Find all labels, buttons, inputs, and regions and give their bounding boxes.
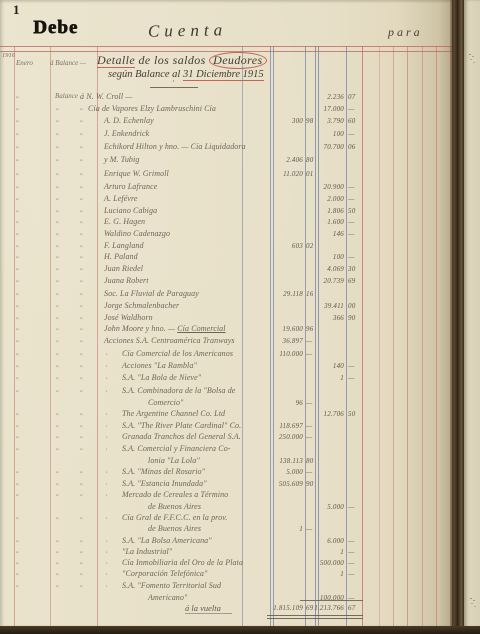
amount-col1-cents: 01 [306, 170, 316, 178]
ref-ditto-mark: „ [80, 156, 83, 162]
date-ditto-mark: „ [16, 445, 19, 451]
date-ditto-mark: „ [16, 468, 19, 474]
ledger-row: „„„Juana Robert20.73969 [0, 276, 452, 288]
horizontal-rule [0, 51, 452, 52]
entry-name: S.A. "La Bola de Nieve" [122, 373, 201, 382]
entry-name: Acciones S.A. Centroamérica Tranways [104, 336, 235, 345]
ledger-row: „„„,S.A. Combinadora de la "Bolsa de [0, 386, 452, 398]
entry-name: F. Langland [104, 241, 144, 250]
ref-ditto-mark: „ [80, 242, 83, 248]
entry-name: Granada Tranchos del General S.A. [122, 432, 241, 441]
next-page-sliver [464, 0, 480, 627]
ref-ditto-mark: „ [80, 290, 83, 296]
ref-ditto-mark: „ [80, 105, 83, 111]
horizontal-rule [0, 46, 452, 47]
entry-name: Juan Riedel [104, 264, 143, 273]
ref-ditto-mark: „ [56, 156, 59, 162]
amount-col2: 2.236 [292, 93, 344, 101]
amount-col1-cents: — [306, 433, 316, 441]
ref-ditto-mark: „ [56, 143, 59, 149]
date-ditto-mark: „ [16, 265, 19, 271]
ref-ditto-mark: „ [56, 582, 59, 588]
amount-col2: 20.900 [292, 183, 344, 191]
ref-ditto-mark: „ [56, 325, 59, 331]
amount-col2: 6.000 [292, 537, 344, 545]
date-ditto-mark: „ [16, 105, 19, 111]
date-ditto-mark: „ [16, 362, 19, 368]
ledger-row: „„„,Mercado de Cereales a Término [0, 490, 452, 502]
amount-col2-cents: 69 [348, 277, 361, 285]
ledger-row: „„„H. Paland100— [0, 252, 452, 264]
amount-col2: 17.000 [292, 105, 344, 113]
entry-name: S.A. "Estancia Inundada" [122, 479, 207, 488]
sub-item-mark: , [106, 362, 108, 368]
sub-item-mark: , [106, 491, 108, 497]
ledger-row: „„„,S.A. Comercial y Financiera Co- [0, 444, 452, 456]
amount-col1: 138.113 [246, 457, 303, 465]
photo-bottom-edge [0, 626, 480, 634]
margin-month: Enero [16, 59, 33, 67]
amount-col2-cents: 50 [348, 410, 361, 418]
amount-col2: 1.806 [292, 207, 344, 215]
next-page-ink-speck [469, 54, 471, 55]
amount-col2-cents: — [348, 253, 361, 261]
date-ditto-mark: „ [16, 325, 19, 331]
ref-ditto-mark: „ [56, 218, 59, 224]
amount-col1-cents: 16 [306, 290, 316, 298]
ledger-row: „„„A. Lefévre2.000— [0, 194, 452, 206]
amount-col2: 1.600 [292, 218, 344, 226]
entry-name: á N. W. Croll — [80, 92, 132, 101]
next-page-ink-speck [470, 598, 472, 599]
amount-col1: 118.697 [246, 422, 303, 430]
title-date: 31 Diciembre 1915 [183, 69, 264, 81]
entry-name: Soc. La Fluvial de Paraguay [104, 289, 199, 298]
ref-ditto-mark: „ [80, 265, 83, 271]
ledger-row: „„„y M. Tubig2.40680 [0, 155, 452, 167]
ref-ditto-mark: „ [56, 548, 59, 554]
date-ditto-mark: „ [16, 350, 19, 356]
folio-word: para [388, 25, 423, 40]
ref-ditto-mark: „ [80, 445, 83, 451]
ref-ditto-mark: „ [80, 195, 83, 201]
amount-col1-cents: — [306, 525, 316, 533]
amount-col1: 36.897 [246, 337, 303, 345]
ref-ditto-mark: „ [56, 230, 59, 236]
amount-col2: 366 [292, 314, 344, 322]
date-ditto-mark: „ [16, 207, 19, 213]
entry-name: S.A. "Fomento Territorial Sud [122, 581, 221, 590]
amount-col2-cents: — [348, 537, 361, 545]
ref-ditto-mark: „ [80, 218, 83, 224]
ref-ditto-mark: „ [80, 582, 83, 588]
entry-name: S.A. "La Bolsa Americana" [122, 536, 212, 545]
date-ditto-mark: „ [16, 183, 19, 189]
amount-col2-cents: — [348, 218, 361, 226]
ref-ditto-mark: „ [56, 130, 59, 136]
amount-col1: 5.000 [246, 468, 303, 476]
ref-ditto-mark: „ [80, 537, 83, 543]
entry-name: Waldino Cadenazgo [104, 229, 170, 238]
amount-col1-cents: 80 [306, 457, 316, 465]
amount-col1: 110.000 [246, 350, 303, 358]
ref-ditto-mark: „ [80, 514, 83, 520]
date-ditto-mark: „ [16, 548, 19, 554]
sub-item-mark: , [106, 548, 108, 554]
sub-item-mark: , [106, 559, 108, 565]
ref-ditto-mark: „ [56, 387, 59, 393]
amount-col1-cents: — [306, 399, 316, 407]
ref-ditto-mark: „ [56, 265, 59, 271]
ref-ditto-mark: „ [80, 362, 83, 368]
ref-ditto-mark: „ [56, 314, 59, 320]
entry-name: Echikord Hilton y hno. — Cía Liquidadora [104, 142, 246, 151]
amount-col2-cents: — [348, 548, 361, 556]
entry-name: S.A. "The River Plate Cardinal" Co. [122, 421, 241, 430]
date-ditto-mark: „ [16, 290, 19, 296]
date-ditto-mark: „ [16, 242, 19, 248]
sub-item-mark: , [106, 422, 108, 428]
book-binding-gutter [450, 0, 464, 634]
amount-col1-cents: — [306, 337, 316, 345]
title-flourish [150, 84, 198, 88]
amount-col2-cents: 07 [348, 93, 361, 101]
amount-col2-cents: 50 [348, 207, 361, 215]
ledger-row: „Balanceá N. W. Croll —2.23607 [0, 92, 452, 104]
entry-name: Cía Comercial de los Americanos [122, 349, 233, 358]
entry-name: Juana Robert [104, 276, 149, 285]
ref-ditto-mark: „ [80, 374, 83, 380]
entry-name: Enrique W. Grimoll [104, 169, 169, 178]
entry-name: J. Enkendrick [104, 129, 149, 138]
ref-ditto-mark: „ [80, 207, 83, 213]
entry-name: S.A. "Minas del Rosario" [122, 467, 205, 476]
amount-col2-cents: — [348, 105, 361, 113]
entry-name: A. D. Echenlay [104, 116, 154, 125]
amount-col2: 1 [292, 570, 344, 578]
scanned-ledger-photo: 1 Debe Cuenta para 1916 Enero á Balance … [0, 0, 480, 634]
entry-name: John Moore y hno. — Cía Comercial [104, 324, 226, 333]
entry-name: E. G. Hagen [104, 217, 145, 226]
amount-col2: 70.700 [292, 143, 344, 151]
ledger-row: „„„Arturo Lafrance20.900— [0, 182, 452, 194]
ledger-row: „„„E. G. Hagen1.600— [0, 217, 452, 229]
date-ditto-mark: „ [16, 277, 19, 283]
entry-name: Luciano Cabiga [104, 206, 157, 215]
ref-ditto-mark: „ [56, 537, 59, 543]
entry-name: lonia "La Lola" [148, 456, 200, 465]
date-ditto-mark: „ [16, 387, 19, 393]
ref-ditto-mark: „ [56, 570, 59, 576]
date-ditto-mark: „ [16, 374, 19, 380]
amount-col2-cents: 60 [348, 117, 361, 125]
amount-col2-cents: — [348, 594, 361, 602]
amount-col2: 146 [292, 230, 344, 238]
ref-ditto-mark: „ [80, 302, 83, 308]
amount-col1: 29.118 [246, 290, 303, 298]
ledger-row: „„„,Cía Comercial de los Americanos110.0… [0, 349, 452, 361]
entry-name: S.A. Combinadora de la "Bolsa de [122, 386, 235, 395]
title-word-deudores: Deudores [209, 52, 266, 69]
ledger-row: „„„Juan Riedel4.06930 [0, 264, 452, 276]
ref-ditto-mark: „ [80, 480, 83, 486]
ref-ditto-mark: „ [80, 548, 83, 554]
ref-ditto-mark: „ [80, 253, 83, 259]
ref-ditto-mark: „ [56, 277, 59, 283]
amount-col2-cents: — [348, 374, 361, 382]
amount-col1: 2.406 [246, 156, 303, 164]
ref-ditto-mark: „ [80, 314, 83, 320]
sub-item-mark: , [106, 410, 108, 416]
ledger-row: „„„,S.A. "La Bola de Nieve"1— [0, 373, 452, 385]
sub-item-mark: , [106, 582, 108, 588]
ref-ditto-mark: „ [56, 105, 59, 111]
amount-col2: 140 [292, 362, 344, 370]
amount-col2-cents: 90 [348, 314, 361, 322]
ledger-row: „„„,S.A. "Minas del Rosario"5.000— [0, 467, 452, 479]
amount-col2-cents: — [348, 130, 361, 138]
amount-col2: 100 [292, 130, 344, 138]
amount-col2: 4.069 [292, 265, 344, 273]
date-ditto-mark: „ [16, 570, 19, 576]
ref-ditto-mark: „ [56, 253, 59, 259]
ref-ditto-mark: „ [56, 514, 59, 520]
ledger-row: „„„,Acciones "La Rambla"140— [0, 361, 452, 373]
date-ditto-mark: „ [16, 480, 19, 486]
sub-item-mark: , [106, 514, 108, 520]
ref-ditto-mark: „ [80, 387, 83, 393]
sub-item-mark: , [106, 570, 108, 576]
date-ditto-mark: „ [16, 93, 19, 99]
ledger-row: „„„Acciones S.A. Centroamérica Tranways3… [0, 336, 452, 348]
date-ditto-mark: „ [16, 253, 19, 259]
amount-col1-cents: 80 [306, 156, 316, 164]
amount-col2: 1 [292, 374, 344, 382]
ref-ditto-mark: „ [80, 143, 83, 149]
amount-col2: 1.213.766 [292, 604, 344, 612]
date-ditto-mark: „ [16, 156, 19, 162]
date-ditto-mark: „ [16, 218, 19, 224]
ledger-row: „„„John Moore y hno. — Cía Comercial19.6… [0, 324, 452, 336]
entry-name: "La Industrial" [122, 547, 172, 556]
totals-amounts: 1.815.109691.213.76667 [0, 603, 452, 615]
date-ditto-mark: „ [16, 422, 19, 428]
title-line1-mid: de los saldos [135, 53, 209, 67]
sub-item-mark: , [106, 374, 108, 380]
date-ditto-mark: „ [16, 514, 19, 520]
entry-name: y M. Tubig [104, 155, 139, 164]
ref-ditto-mark: „ [80, 230, 83, 236]
ledger-row: „„„Cía de Vapores Elzy Lambruschini Cía1… [0, 104, 452, 116]
entry-name: The Argentine Channel Co. Ltd [122, 409, 225, 418]
entry-name: Cía de Vapores Elzy Lambruschini Cía [88, 104, 216, 113]
ref-ditto-mark: „ [56, 433, 59, 439]
sub-item-mark: , [106, 387, 108, 393]
ref-ditto-mark: „ [80, 325, 83, 331]
date-ditto-mark: „ [16, 143, 19, 149]
entry-name: Arturo Lafrance [104, 182, 157, 191]
ref-ditto-mark: „ [56, 302, 59, 308]
date-ditto-mark: „ [16, 559, 19, 565]
entry-name: de Buenos Aires [148, 524, 201, 533]
amount-col1-cents: 02 [306, 242, 316, 250]
ledger-row: „„„A. D. Echenlay300983.79060 [0, 116, 452, 128]
amount-col2: 12.706 [292, 410, 344, 418]
ledger-row: „„„,The Argentine Channel Co. Ltd12.7065… [0, 409, 452, 421]
ref-ditto-mark: „ [80, 170, 83, 176]
debit-column-header: Debe [33, 17, 78, 39]
date-ditto-mark: „ [16, 314, 19, 320]
amount-col1-cents: — [306, 468, 316, 476]
ledger-row: „„„Enrique W. Grimoll11.02001 [0, 169, 452, 181]
amount-col2-cents: 30 [348, 265, 361, 273]
date-ditto-mark: „ [16, 582, 19, 588]
entry-name: A. Lefévre [104, 194, 138, 203]
ledger-row: „„„Echikord Hilton y hno. — Cía Liquidad… [0, 142, 452, 154]
entry-name: Comercio" [148, 398, 184, 407]
amount-col2: 500.000 [292, 559, 344, 567]
entry-name: de Buenos Aires [148, 502, 201, 511]
sub-item-mark: , [106, 480, 108, 486]
title-word-detalle: Detalle [97, 53, 135, 68]
amount-col1-cents: 96 [306, 325, 316, 333]
entry-name: Mercado de Cereales a Término [122, 490, 228, 499]
ref-ditto-mark: „ [80, 422, 83, 428]
ref-ditto-mark: „ [56, 337, 59, 343]
entry-name: Cía Gral de F.F.C.C. en la prov. [122, 513, 227, 522]
ref-ditto-mark: „ [80, 570, 83, 576]
ledger-row: de Buenos Aires1— [0, 524, 452, 536]
entry-name: "Corporación Telefónica" [122, 569, 208, 578]
entry-name-underlined: Cía Comercial [177, 324, 225, 333]
sub-item-mark: , [106, 537, 108, 543]
date-ditto-mark: „ [16, 195, 19, 201]
ref-ditto-mark: „ [80, 130, 83, 136]
ledger-row: „„„,Granada Tranchos del General S.A.250… [0, 432, 452, 444]
horizontal-rule [267, 615, 363, 616]
ref-ditto-mark: „ [56, 491, 59, 497]
ref-ditto-mark: „ [56, 422, 59, 428]
amount-col2: 20.739 [292, 277, 344, 285]
amount-col1: 96 [246, 399, 303, 407]
date-ditto-mark: „ [16, 537, 19, 543]
ledger-row: „„„,"Corporación Telefónica"1— [0, 569, 452, 581]
entry-name: Acciones "La Rambla" [122, 361, 197, 370]
ref-ditto-mark: „ [56, 290, 59, 296]
date-ditto-mark: „ [16, 491, 19, 497]
ref-ditto-mark: „ [80, 410, 83, 416]
amount-col1: 250.000 [246, 433, 303, 441]
date-ditto-mark: „ [16, 410, 19, 416]
ref-ditto-mark: „ [80, 277, 83, 283]
ledger-row: „„„,S.A. "Fomento Territorial Sud [0, 581, 452, 593]
ledger-row: „„„Jorge Schmalenbacher39.41100 [0, 301, 452, 313]
amount-col2-cents: 00 [348, 302, 361, 310]
ref-ditto-mark: „ [56, 480, 59, 486]
entry-name: H. Paland [104, 252, 138, 261]
ref-ditto-mark: „ [80, 117, 83, 123]
amount-col2-cents: — [348, 503, 361, 511]
date-ditto-mark: „ [16, 337, 19, 343]
amount-col2: 5.000 [292, 503, 344, 511]
ledger-row: „„„J. Enkendrick100— [0, 129, 452, 141]
ref-ditto-mark: „ [80, 559, 83, 565]
sub-item-mark: , [106, 445, 108, 451]
amount-col2-cents: — [348, 183, 361, 191]
entry-name: S.A. Comercial y Financiera Co- [122, 444, 231, 453]
date-ditto-mark: „ [16, 433, 19, 439]
amount-col2-cents: — [348, 195, 361, 203]
ref-ditto-mark: „ [80, 183, 83, 189]
ledger-page: 1 Debe Cuenta para 1916 Enero á Balance … [0, 0, 452, 627]
amount-col2-cents: — [348, 570, 361, 578]
date-ditto-mark: „ [16, 130, 19, 136]
amount-col2: 100 [292, 253, 344, 261]
ref-ditto-mark: „ [80, 433, 83, 439]
ref-ditto-mark: „ [56, 362, 59, 368]
amount-col1: 19.600 [246, 325, 303, 333]
sub-item-mark: , [106, 433, 108, 439]
amount-col1: 505.609 [246, 480, 303, 488]
amount-col2: 100.000 [292, 594, 344, 602]
ref-ditto-mark: „ [56, 410, 59, 416]
amount-col2-cents: 67 [348, 604, 361, 612]
ledger-row: „„„Soc. La Fluvial de Paraguay29.11816 [0, 289, 452, 301]
ref-ditto-mark: „ [80, 337, 83, 343]
amount-col2: 3.790 [292, 117, 344, 125]
amount-col2-cents: 06 [348, 143, 361, 151]
ref-ditto-mark: „ [56, 350, 59, 356]
amount-col2-cents: — [348, 230, 361, 238]
entry-name: Americano" [148, 593, 187, 602]
amount-col2: 1 [292, 548, 344, 556]
date-ditto-mark: „ [16, 117, 19, 123]
entry-title-line2: según Balance al 31 Diciembre 1915 [108, 69, 264, 80]
ledger-row: „„„Waldino Cadenazgo146— [0, 229, 452, 241]
account-title: Cuenta [148, 20, 227, 41]
page-number: 1 [13, 2, 20, 18]
sub-item-mark: , [106, 468, 108, 474]
ref-ditto-mark: „ [56, 195, 59, 201]
ref-ditto-mark: „ [80, 350, 83, 356]
amount-col1-cents: 90 [306, 480, 316, 488]
ref-ditto-mark: „ [56, 445, 59, 451]
amount-col2-cents: — [348, 362, 361, 370]
horizontal-rule [267, 618, 363, 619]
sub-item-mark: , [106, 350, 108, 356]
amount-col2: 2.000 [292, 195, 344, 203]
ref-ditto-mark: „ [80, 468, 83, 474]
date-ditto-mark: „ [16, 302, 19, 308]
posting-ref: Balance [55, 92, 78, 100]
ref-ditto-mark: „ [56, 468, 59, 474]
amount-col1: 603 [246, 242, 303, 250]
amount-col1-cents: — [306, 422, 316, 430]
date-ditto-mark: „ [16, 230, 19, 236]
ref-ditto-mark: „ [56, 559, 59, 565]
amount-col1: 11.020 [246, 170, 303, 178]
amount-col2-cents: — [348, 559, 361, 567]
amount-col1-cents: — [306, 350, 316, 358]
ref-ditto-mark: „ [56, 183, 59, 189]
ref-ditto-mark: „ [56, 374, 59, 380]
ref-ditto-mark: „ [56, 117, 59, 123]
margin-posting-ref: á Balance — [50, 59, 86, 67]
ref-ditto-mark: „ [80, 491, 83, 497]
amount-col1: 1 [246, 525, 303, 533]
entry-name: Cía Inmobiliaria del Oro de la Plata [122, 558, 243, 567]
ref-ditto-mark: „ [56, 170, 59, 176]
